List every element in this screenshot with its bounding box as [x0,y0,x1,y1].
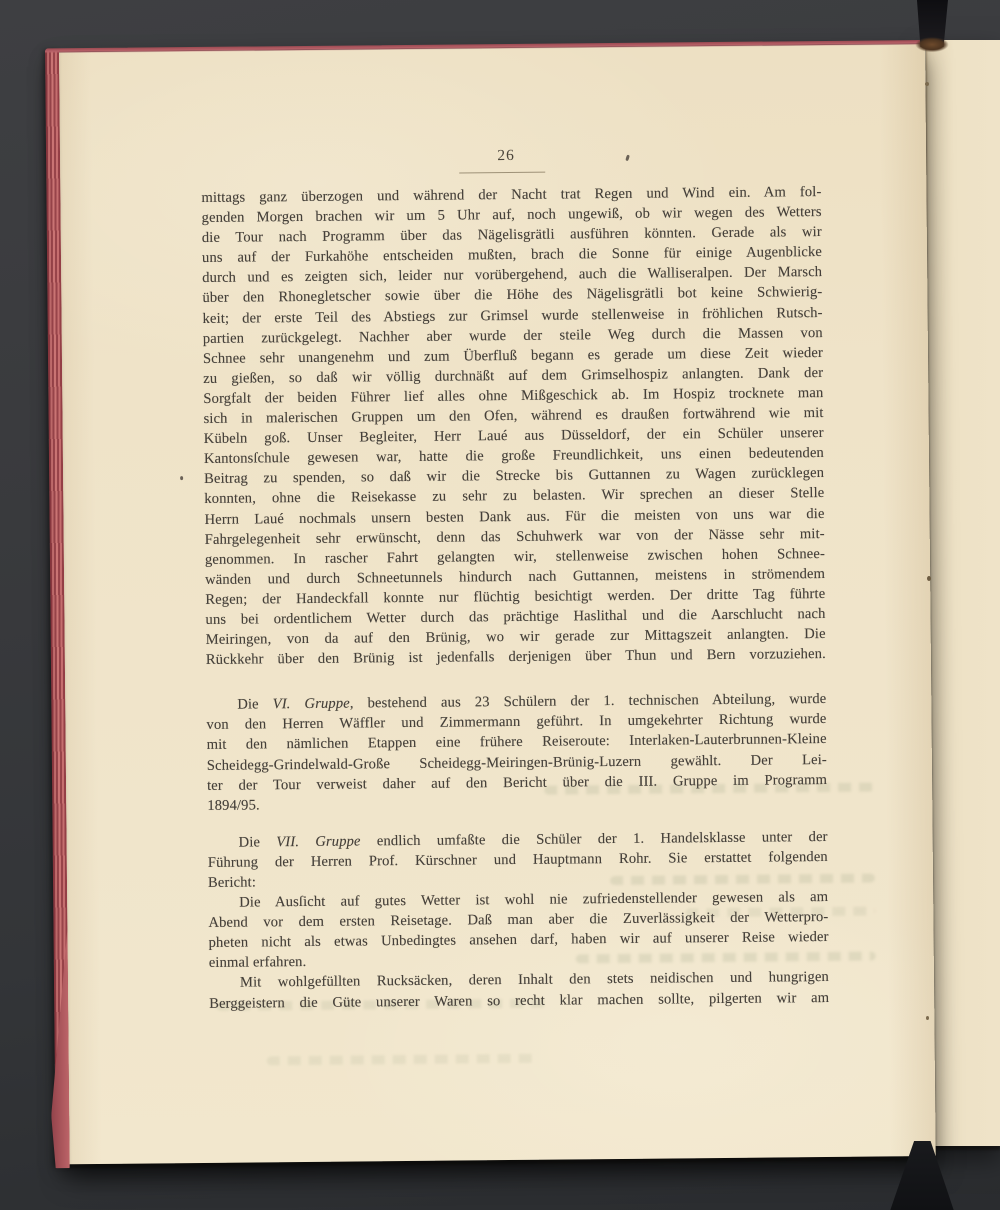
paragraph: Die Ausſicht auf gutes Wetter ist wohl n… [208,887,829,973]
show-through-smudge [267,1054,537,1066]
paragraph: Mit wohlgefüllten Rucksäcken, deren Inha… [209,967,829,1013]
text-block: mittags ganz überzogen und während der N… [201,182,829,1014]
page-number: 26 [201,144,811,168]
facing-page [924,40,1000,1146]
paper-speck [180,476,183,480]
paragraph: Die VI. Gruppe, bestehend aus 23 Schüler… [206,689,827,816]
scan-background: 26 mittags ganz überzogen und während de… [0,0,1000,1210]
paragraph: mittags ganz überzogen und während der N… [201,182,826,670]
book-page: 26 mittags ganz überzogen und während de… [57,44,936,1164]
bookmark-ribbon-knot [910,35,954,55]
page-number-rule [459,172,545,174]
paragraph: Die VII. Gruppe endlich umfaßte die Schü… [208,827,829,893]
red-top-edge [45,40,926,53]
